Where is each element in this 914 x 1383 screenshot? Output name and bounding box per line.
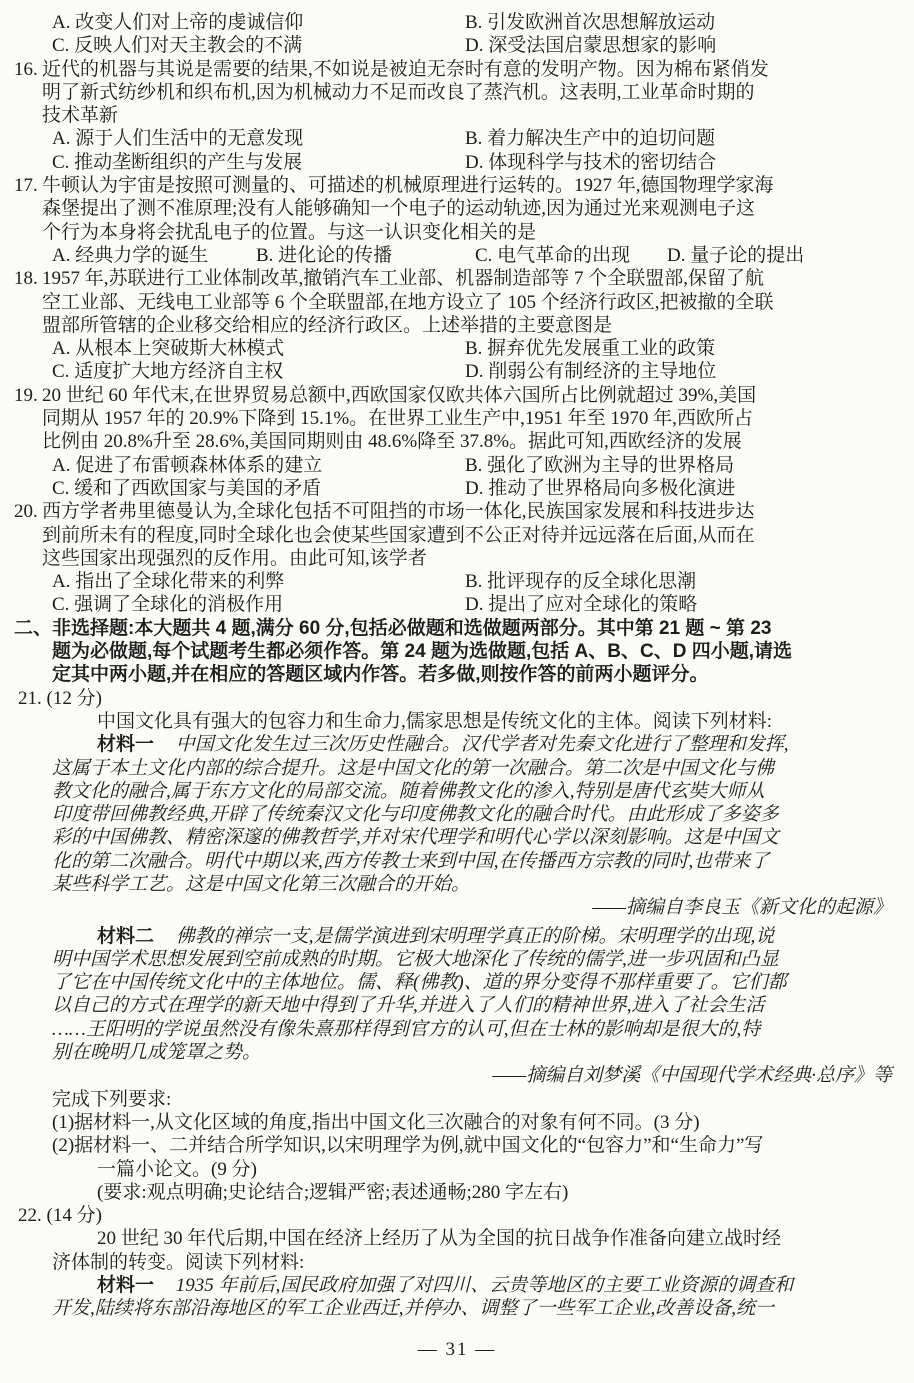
q18-option-b: B. 摒弃优先发展重工业的政策: [465, 337, 715, 360]
page-number: — 31 —: [0, 1338, 914, 1361]
q16-option-c: C. 推动垄断组织的产生与发展: [52, 151, 465, 174]
q19-option-a: A. 促进了布雷顿森林体系的建立: [52, 454, 465, 477]
q17-option-b: B. 进化论的传播: [256, 244, 475, 267]
q17-options-row: A. 经典力学的诞生 B. 进化论的传播 C. 电气革命的出现 D. 量子论的提…: [0, 244, 914, 267]
q18-option-c: C. 适度扩大地方经济自主权: [52, 360, 465, 383]
q17-stem-line-3: 个行为本身将会扰乱电子的位置。与这一认识变化相关的是: [0, 221, 914, 244]
q21-material2-line-4: 以自己的方式在理学的新天地中得到了升华,并进入了人们的精神世界,进入了社会生活: [0, 994, 914, 1017]
q20-stem-line-2: 到前所未有的程度,同时全球化也会使某些国家遭到不公正对待并远远落在后面,从而在: [0, 524, 914, 547]
q15-option-b: B. 引发欧洲首次思想解放运动: [465, 11, 715, 34]
q18-option-a: A. 从根本上突破斯大林模式: [52, 337, 465, 360]
q16-number: 16.: [14, 58, 38, 81]
section2-heading-line-2: 题为必做题,每个试题考生都必须作答。第 24 题为选做题,包括 A、B、C、D …: [0, 640, 914, 663]
q22-heading: 22. (14 分): [0, 1204, 914, 1227]
q20-stem-line-1: 20. 西方学者弗里德曼认为,全球化包括不可阻挡的市场一体化,民族国家发展和科技…: [0, 500, 914, 523]
q21-intro: 中国文化具有强大的包容力和生命力,儒家思想是传统文化的主体。阅读下列材料:: [0, 710, 914, 733]
q19-stem-line-1: 19. 20 世纪 60 年代末,在世界贸易总额中,西欧国家仅欧共体六国所占比例…: [0, 384, 914, 407]
q18-number: 18.: [14, 267, 38, 290]
q16-option-a: A. 源于人们生活中的无意发现: [52, 127, 465, 150]
q18-option-d: D. 削弱公有制经济的主导地位: [465, 360, 716, 383]
q16-stem-line-3: 技术革新: [0, 104, 914, 127]
q19-stem-line-2: 同期从 1957 年的 20.9%下降到 15.1%。在世界工业生产中,1951…: [0, 407, 914, 430]
q22-number: 22.: [18, 1205, 42, 1226]
q18-stem-line-3: 盟部所管辖的企业移交给相应的经济行政区。上述举措的主要意图是: [0, 314, 914, 337]
q21-material2-label: 材料二: [97, 926, 154, 947]
q21-material1-line-6: 化的第二次融合。明代中期以来,西方传教士来到中国,在传播西方宗教的同时,也带来了: [0, 850, 914, 873]
q22-score: (14 分): [47, 1205, 102, 1226]
q22-material1-line-1: 材料一 1935 年前后,国民政府加强了对四川、云贵等地区的主要工业资源的调查和: [0, 1274, 914, 1297]
q22-material1-line-2: 开发,陆续将东部沿海地区的军工企业西迁,并停办、调整了一些军工企业,改善设备,统…: [0, 1297, 914, 1320]
q15-option-d: D. 深受法国启蒙思想家的影响: [465, 34, 716, 57]
q16-option-b: B. 着力解决生产中的迫切问题: [465, 127, 715, 150]
q15-option-a: A. 改变人们对上帝的虔诚信仰: [52, 11, 465, 34]
q18-stem-line-1: 18. 1957 年,苏联进行工业体制改革,撤销汽车工业部、机器制造部等 7 个…: [0, 267, 914, 290]
q21-material1-source: ——摘编自李良玉《新文化的起源》: [0, 896, 914, 919]
q21-number: 21.: [18, 688, 42, 709]
q21-requirement-2-line-2: 一篇小论文。(9 分): [0, 1158, 914, 1181]
q19-options-row-1: A. 促进了布雷顿森林体系的建立 B. 强化了欧洲为主导的世界格局: [0, 454, 914, 477]
q20-option-c: C. 强调了全球化的消极作用: [52, 593, 465, 616]
q21-material2-line-1: 材料二 佛教的禅宗一支,是儒学演进到宋明理学真正的阶梯。宋明理学的出现,说: [0, 925, 914, 948]
q19-number: 19.: [14, 384, 38, 407]
q21-material1-line-2: 这属于本土文化内部的综合提升。这是中国文化的第一次融合。第二次是中国文化与佛: [0, 757, 914, 780]
q22-material1-label: 材料一: [97, 1275, 154, 1296]
q21-score: (12 分): [47, 688, 102, 709]
q17-option-c: C. 电气革命的出现: [475, 244, 667, 267]
q21-material1-line-7: 某些科学工艺。这是中国文化第三次融合的开始。: [0, 873, 914, 896]
section2-heading-line-1: 二、 非选择题:本大题共 4 题,满分 60 分,包括必做题和选做题两部分。其中…: [0, 617, 914, 640]
q15-options-row-2: C. 反映人们对天主教会的不满 D. 深受法国启蒙思想家的影响: [0, 34, 914, 57]
q22-intro-line-2: 济体制的转变。阅读下列材料:: [0, 1251, 914, 1274]
q20-stem-line-3: 这些国家出现强烈的反作用。由此可知,该学者: [0, 547, 914, 570]
q19-option-b: B. 强化了欧洲为主导的世界格局: [465, 454, 734, 477]
q16-options-row-1: A. 源于人们生活中的无意发现 B. 着力解决生产中的迫切问题: [0, 127, 914, 150]
q19-option-d: D. 推动了世界格局向多极化演进: [465, 477, 735, 500]
q16-stem-line-2: 明了新式纺纱机和织布机,因为机械动力不足而改良了蒸汽机。这表明,工业革命时期的: [0, 81, 914, 104]
q15-options-row-1: A. 改变人们对上帝的虔诚信仰 B. 引发欧洲首次思想解放运动: [0, 11, 914, 34]
q17-stem-line-1: 17. 牛顿认为宇宙是按照可测量的、可描述的机械原理进行运转的。1927 年,德…: [0, 174, 914, 197]
q19-stem-line-3: 比例由 20.8%升至 28.6%,美国同期则由 48.6%降至 37.8%。据…: [0, 430, 914, 453]
q21-material2-line-5: ……王阳明的学说虽然没有像朱熹那样得到官方的认可,但在士林的影响却是很大的,特: [0, 1018, 914, 1041]
q20-options-row-1: A. 指出了全球化带来的利弊 B. 批评现存的反全球化思潮: [0, 570, 914, 593]
q21-material2-source: ——摘编自刘梦溪《中国现代学术经典·总序》等: [0, 1064, 914, 1087]
q18-stem-line-2: 空工业部、无线电工业部等 6 个全联盟部,在地方设立了 105 个经济行政区,把…: [0, 291, 914, 314]
q21-material1-line-3: 教文化的融合,属于东方文化的局部交流。随着佛教文化的渗入,特别是唐代玄奘大师从: [0, 780, 914, 803]
q21-material2-line-6: 别在晚明几成笼罩之势。: [0, 1041, 914, 1064]
q18-options-row-1: A. 从根本上突破斯大林模式 B. 摒弃优先发展重工业的政策: [0, 337, 914, 360]
q21-material1-line-5: 彩的中国佛教、精密深邃的佛教哲学,并对宋代理学和明代心学以深刻影响。这是中国文: [0, 826, 914, 849]
q20-option-d: D. 提出了应对全球化的策略: [465, 593, 697, 616]
section2-heading-line-3: 定其中两小题,并在相应的答题区域内作答。若多做,则按作答的前两小题评分。: [0, 663, 914, 686]
q21-requirement-2-note: (要求:观点明确;史论结合;逻辑严密;表述通畅;280 字左右): [0, 1181, 914, 1204]
q22-intro-line-1: 20 世纪 30 年代后期,中国在经济上经历了从为全国的抗日战争作准备向建立战时…: [0, 1227, 914, 1250]
q19-option-c: C. 缓和了西欧国家与美国的矛盾: [52, 477, 465, 500]
q21-material1-line-1: 材料一 中国文化发生过三次历史性融合。汉代学者对先秦文化进行了整理和发挥,: [0, 733, 914, 756]
q20-options-row-2: C. 强调了全球化的消极作用 D. 提出了应对全球化的策略: [0, 593, 914, 616]
exam-page: A. 改变人们对上帝的虔诚信仰 B. 引发欧洲首次思想解放运动 C. 反映人们对…: [0, 0, 914, 1361]
q16-option-d: D. 体现科学与技术的密切结合: [465, 151, 716, 174]
q21-requirement-2-line-1: (2)据材料一、二并结合所学知识,以宋明理学为例,就中国文化的“包容力”和“生命…: [0, 1134, 914, 1157]
q17-option-a: A. 经典力学的诞生: [52, 244, 256, 267]
q21-material1-line-4: 印度带回佛教经典,开辟了传统秦汉文化与印度佛教文化的融合时代。由此形成了多姿多: [0, 803, 914, 826]
q21-material1-label: 材料一: [97, 734, 154, 755]
section2-label: 二、: [14, 617, 52, 640]
q16-stem-line-1: 16. 近代的机器与其说是需要的结果,不如说是被迫无奈时有意的发明产物。因为棉布…: [0, 58, 914, 81]
q20-option-b: B. 批评现存的反全球化思潮: [465, 570, 696, 593]
q15-option-c: C. 反映人们对天主教会的不满: [52, 34, 465, 57]
q17-stem-line-2: 森堡提出了测不准原理;没有人能够确知一个电子的运动轨迹,因为通过光来观测电子这: [0, 197, 914, 220]
q18-options-row-2: C. 适度扩大地方经济自主权 D. 削弱公有制经济的主导地位: [0, 360, 914, 383]
q20-option-a: A. 指出了全球化带来的利弊: [52, 570, 465, 593]
q16-options-row-2: C. 推动垄断组织的产生与发展 D. 体现科学与技术的密切结合: [0, 151, 914, 174]
q21-material2-line-3: 了它在中国传统文化中的主体地位。儒、释(佛教)、道的界分变得不那样重要了。它们都: [0, 971, 914, 994]
q19-options-row-2: C. 缓和了西欧国家与美国的矛盾 D. 推动了世界格局向多极化演进: [0, 477, 914, 500]
q21-heading: 21. (12 分): [0, 687, 914, 710]
q21-requirement-1: (1)据材料一,从文化区域的角度,指出中国文化三次融合的对象有何不同。(3 分): [0, 1111, 914, 1134]
q20-number: 20.: [14, 500, 38, 523]
q17-option-d: D. 量子论的提出: [667, 244, 804, 267]
q21-requirements-heading: 完成下列要求:: [0, 1088, 914, 1111]
q17-number: 17.: [14, 174, 38, 197]
q21-material2-line-2: 明中国学术思想发展到空前成熟的时期。它极大地深化了传统的儒学,进一步巩固和凸显: [0, 948, 914, 971]
